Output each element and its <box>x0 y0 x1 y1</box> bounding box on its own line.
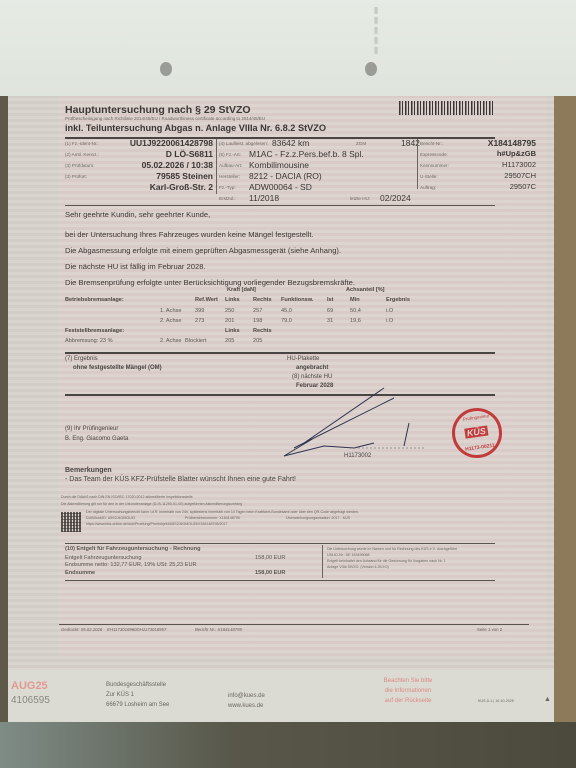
barcode <box>399 101 494 115</box>
notice-line: Beachten Sie bitte <box>373 678 443 684</box>
invoice-tax-line: Endsumme netto: 132,77 EUR, 19% USt: 25,… <box>65 562 197 568</box>
table-surface <box>0 722 576 768</box>
invoice-total-value: 158,00 EUR <box>255 570 285 576</box>
qr-org: Überwachungsorganisation: 2017 - KÜS <box>286 516 350 520</box>
vin-label: (1) Fz.-Ident-Nr.: <box>65 141 99 146</box>
invoice-total-label: Endsumme <box>65 570 95 576</box>
col-ref: Ref.Wert <box>195 297 218 303</box>
divider <box>65 580 495 581</box>
form-number: 4106595 <box>11 695 50 706</box>
manufacturer-label: Hersteller: <box>219 174 240 179</box>
col-left: Links <box>225 297 240 303</box>
body-label: Aufbau-Art: <box>219 163 242 168</box>
col-function: Funktionsw. <box>281 297 313 303</box>
table-cell: 19,6 <box>350 318 361 324</box>
plate-value: D LÖ-S6811 <box>109 149 213 159</box>
table-cell: i.O <box>386 308 393 314</box>
letter-line: Die Bremsenprüfung erfolgte unter Berück… <box>65 278 355 287</box>
mileage-label: (4) Laufleist. abgelesen: <box>219 141 268 146</box>
place-label: (3) Prüfort: <box>65 174 87 179</box>
table-cell: i.O <box>386 318 393 324</box>
letter-line: Die Abgasmessung erfolgte mit einem gepr… <box>65 246 341 255</box>
remarks-label: Bemerkungen <box>65 467 112 474</box>
col-result: Ergebnis <box>386 297 410 303</box>
table-cell: 250 <box>225 308 234 314</box>
stamp-logo: KÜS <box>464 426 488 439</box>
col-right: Rechts <box>253 297 272 303</box>
force-group-header: Kraft [daN] <box>227 287 256 293</box>
greeting: Sehr geehrte Kundin, sehr geehrter Kunde… <box>65 210 210 219</box>
plate-label: (2) Amtl. Kennz.: <box>65 152 99 157</box>
print-report-no: Bericht Nr.: X184148795 <box>195 627 242 632</box>
vehicle-class-label: (5) Fz.-Art: <box>219 152 241 157</box>
table-cell: 201 <box>225 318 234 324</box>
qr-id: DUBGuid/ID: U5S2J4OMOL53 <box>86 516 135 520</box>
letterhead-footer: AUG25 4106595 Bundesgeschäftsstelle Zur … <box>8 670 554 722</box>
parking-brake-label: Feststellbremsanlage: <box>65 328 124 334</box>
table-cell: 50,4 <box>350 308 361 314</box>
email-link[interactable]: info@kues.de <box>228 693 265 699</box>
divider <box>65 352 495 354</box>
engineer-id: H1173002 <box>344 453 371 459</box>
report-title2: inkl. Teiluntersuchung Abgas n. Anlage V… <box>65 123 326 133</box>
divider <box>216 139 217 194</box>
table-cell: 205 <box>253 338 262 344</box>
expresscode-label: Expresscode: <box>420 152 448 157</box>
report-subtitle: Prüfbescheinigung nach Richtlinie 2014/4… <box>65 116 265 121</box>
sticker-label: HU-Plakette <box>287 356 319 362</box>
notice-line: die Informationen <box>373 688 443 694</box>
invoice-item-label: Entgelt Fahrzeuguntersuchung <box>65 555 142 561</box>
table-cell: 257 <box>253 308 262 314</box>
invoice-note: USt-ID-Nr.: DE 163499068 <box>327 553 370 557</box>
qr-code[interactable] <box>61 512 81 532</box>
punch-hole <box>160 62 172 76</box>
table-cell: 198 <box>253 318 262 324</box>
mileage-value: 83642 km <box>272 138 309 148</box>
manufacturer-value: 8212 - DACIA (RO) <box>249 171 322 181</box>
station-value: 29507CH <box>454 171 536 180</box>
signature <box>274 368 424 458</box>
id-number-label: Kennnummer: <box>420 163 449 168</box>
accreditation-line: Durch die DAkkS nach DIN EN ISO/IEC 1702… <box>61 495 193 499</box>
form-id: KÜS-D-1 | 10-10-2025 <box>478 699 514 703</box>
divider <box>65 205 495 206</box>
vin-value: UU1J9220061428798 <box>109 138 213 148</box>
date-label: (3) Prüfdatum: <box>65 163 94 168</box>
qr-report: Prüfberichtsnummer: X184148795 <box>185 516 240 520</box>
table-cell: 2. Achse <box>160 318 181 324</box>
col-left: Links <box>225 328 240 334</box>
divider <box>322 545 323 578</box>
last-hu-value: 02/2024 <box>380 193 411 203</box>
table-cell: Blockiert <box>185 338 206 344</box>
notice-line: auf der Rückseite <box>373 698 443 704</box>
station-label: U-Stelle: <box>420 174 438 179</box>
divider <box>65 543 495 544</box>
table-cell: 31 <box>327 318 333 324</box>
table-cell: 273 <box>195 318 204 324</box>
divider <box>417 139 418 189</box>
letter-line: Die nächste HU ist fällig im Februar 202… <box>65 262 206 271</box>
qr-url[interactable]: https://www.kba-online.de/dub/Pruefung/P… <box>86 522 227 526</box>
background-sheet: ▮▮▮▮▮ <box>0 0 576 96</box>
street-value: Karl-Groß-Str. 2 <box>109 182 213 192</box>
order-value: 29507C <box>454 182 536 191</box>
type-label: Fz.-Typ: <box>219 185 236 190</box>
inspector-stamp: Prüfingenieur KÜS H1173-00211 <box>449 405 505 461</box>
result-label: (7) Ergebnis <box>65 356 98 362</box>
table-cell: 2. Achse <box>160 338 181 344</box>
col-right: Rechts <box>253 328 272 334</box>
office-street: Zur KÜS 1 <box>106 692 134 698</box>
arrow-up-icon: ▲ <box>544 696 551 703</box>
stamp-id: H1173-00211 <box>465 443 495 453</box>
table-cell: 205 <box>225 338 234 344</box>
punch-hole <box>365 62 377 76</box>
invoice-item-value: 158,00 EUR <box>255 555 285 561</box>
table-cell: 399 <box>195 308 204 314</box>
zgm-label: ZGM <box>356 141 366 146</box>
vehicle-class-value: M1AC - Fz.z.Pers.bef.b. 8 Spl. <box>249 149 364 159</box>
form-code: AUG25 <box>11 680 48 692</box>
print-code: EH1173016960DH1173016957 <box>107 627 166 632</box>
first-reg-label: Erstzul.: <box>219 196 236 201</box>
table-cell: 1. Achse <box>160 308 181 314</box>
service-brake-label: Betriebsbremsanlage: <box>65 297 124 303</box>
engineer-name: B. Eng. Giacomo Gaeta <box>65 436 128 442</box>
expresscode-value: h#Up&zGB <box>454 149 536 158</box>
printed-date: Gedruckt: 05.02.2026 <box>61 627 102 632</box>
stamp-text: Prüfingenieur <box>463 413 490 422</box>
inspection-report: Hauptuntersuchung nach § 29 StVZO Prüfbe… <box>59 96 546 656</box>
accreditation-line: Die Akkreditierung gilt nur für den in d… <box>61 502 242 506</box>
last-hu-label: letzte HU: <box>350 196 370 201</box>
body-value: Kombilimousine <box>249 160 309 170</box>
invoice-title: (10) Entgelt für Fahrzeuguntersuchung - … <box>65 546 201 552</box>
date-value: 05.02.2026 / 10:38 <box>109 160 213 170</box>
invoice-note: Entgelt beinhaltet den Aufwand für die G… <box>327 559 446 563</box>
invoice-note: Anlage VIIIa StVZO. (Version 4.26.9.0) <box>327 565 389 569</box>
remarks-text: - Das Team der KÜS KFZ-Prüfstelle Blatte… <box>65 476 296 483</box>
web-link[interactable]: www.kues.de <box>228 703 263 709</box>
page-number: Seite 1 von 2 <box>477 627 502 632</box>
invoice-note: Die Untersuchung wurde im Namen und für … <box>327 547 457 551</box>
office-city: 66679 Losheim am See <box>106 702 169 708</box>
place-value: 79585 Steinen <box>109 171 213 181</box>
qr-description: Der digitale Untersuchungsbericht kann i… <box>86 510 359 514</box>
col-min: Min <box>350 297 360 303</box>
bleed-through-text: ▮▮▮▮▮ <box>370 5 380 55</box>
report-title: Hauptuntersuchung nach § 29 StVZO <box>65 104 251 116</box>
type-value: ADW00064 - SD <box>249 182 312 192</box>
letter-line: bei der Untersuchung Ihres Fahrzeuges wu… <box>65 230 314 239</box>
office-name: Bundesgeschäftsstelle <box>106 682 166 688</box>
id-number-value: H1173002 <box>454 160 536 169</box>
divider <box>59 624 529 625</box>
order-label: Auftrag: <box>420 185 436 190</box>
axle-group-header: Achsanteil [%] <box>346 287 385 293</box>
engineer-label: (9) Ihr Prüfingenieur <box>65 426 118 432</box>
col-actual: Ist <box>327 297 334 303</box>
parking-deceleration: Abbremsung: 23 % <box>65 338 113 344</box>
result-value: ohne festgestellte Mängel (OM) <box>73 365 162 371</box>
first-reg-value: 11/2018 <box>249 193 279 203</box>
report-no-label: Bericht-Nr.: <box>420 141 443 146</box>
table-cell: 45,0 <box>281 308 292 314</box>
table-cell: 69 <box>327 308 333 314</box>
table-cell: 79,0 <box>281 318 292 324</box>
report-no-value: X184148795 <box>454 138 536 148</box>
